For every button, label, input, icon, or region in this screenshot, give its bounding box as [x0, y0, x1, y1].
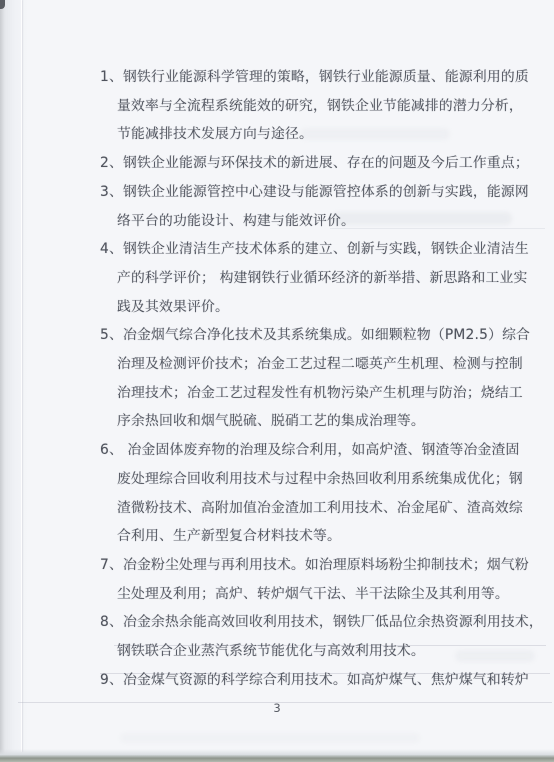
- page-number: 3: [273, 701, 280, 715]
- list-item-4-line: 4、钢铁企业清洁生产技术体系的建立、创新与实践，钢铁企业清洁生: [100, 235, 540, 264]
- list-item-5-line: 治理技术；冶金工艺过程发性有机物污染产生机理与防治；烧结工: [100, 379, 540, 408]
- list-item-1-line: 1、钢铁行业能源科学管理的策略，钢铁行业能源质量、能源利用的质: [100, 63, 540, 92]
- scan-edge-left: [0, 0, 28, 762]
- list-item-3-line: 络平台的功能设计、构建与能效评价。: [100, 207, 540, 236]
- list-item-4-line: 产的科学评价； 构建钢铁行业循环经济的新举措、新思路和工业实: [100, 264, 540, 293]
- list-item-8-line: 8、冶金余热余能高效回收利用技术，钢铁厂低品位余热资源利用技术，: [100, 608, 540, 637]
- list-item-2-line: 2、钢铁企业能源与环保技术的新进展、存在的问题及今后工作重点；: [100, 149, 540, 178]
- list-item-6-line: 渣微粉技术、高附加值冶金渣加工利用技术、冶金尾矿、渣高效综: [100, 494, 540, 523]
- list-item-3-line: 3、钢铁企业能源管控中心建设与能源管控体系的创新与实践，能源网: [100, 178, 540, 207]
- paper-fold-line: [21, 0, 22, 752]
- numbered-list: 1、钢铁行业能源科学管理的策略，钢铁行业能源质量、能源利用的质 量效率与全流程系…: [100, 63, 540, 694]
- list-item-1-line: 量效率与全流程系统能效的研究，钢铁企业节能减排的潜力分析，: [100, 92, 540, 121]
- list-item-6-line: 6、 冶金固体废弃物的治理及综合利用，如高炉渣、钢渣等冶金渣固: [100, 436, 540, 465]
- list-item-5-line: 5、冶金烟气综合净化技术及其系统集成。如细颗粒物（PM2.5）综合: [100, 321, 540, 350]
- list-item-8-line: 钢铁联合企业蒸汽系统节能优化与高效利用技术。: [100, 637, 540, 666]
- show-through-smudge: [120, 733, 420, 743]
- list-item-6-line: 合利用、生产新型复合材料技术等。: [100, 522, 540, 551]
- list-item-7-line: 尘处理及利用；高炉、转炉烟气干法、半干法除尘及其利用等。: [100, 580, 540, 609]
- scan-edge-bottom: [0, 755, 554, 762]
- list-item-5-line: 序余热回收和烟气脱硫、脱硝工艺的集成治理等。: [100, 407, 540, 436]
- scanned-document-page: 1、钢铁行业能源科学管理的策略，钢铁行业能源质量、能源利用的质 量效率与全流程系…: [0, 0, 554, 762]
- scan-artifact-line: [18, 702, 552, 703]
- list-item-5-line: 治理及检测评价技术；冶金工艺过程二噁英产生机理、检测与控制: [100, 350, 540, 379]
- list-item-7-line: 7、冶金粉尘处理与再利用技术。如治理原料场粉尘抑制技术；烟气粉: [100, 551, 540, 580]
- list-item-1-line: 节能减排技术发展方向与途径。: [100, 120, 540, 149]
- list-item-9-line: 9、冶金煤气资源的科学综合利用技术。如高炉煤气、焦炉煤气和转炉: [100, 666, 540, 695]
- list-item-6-line: 废处理综合回收利用技术与过程中余热回收利用系统集成优化；钢: [100, 465, 540, 494]
- list-item-4-line: 践及其效果评价。: [100, 293, 540, 322]
